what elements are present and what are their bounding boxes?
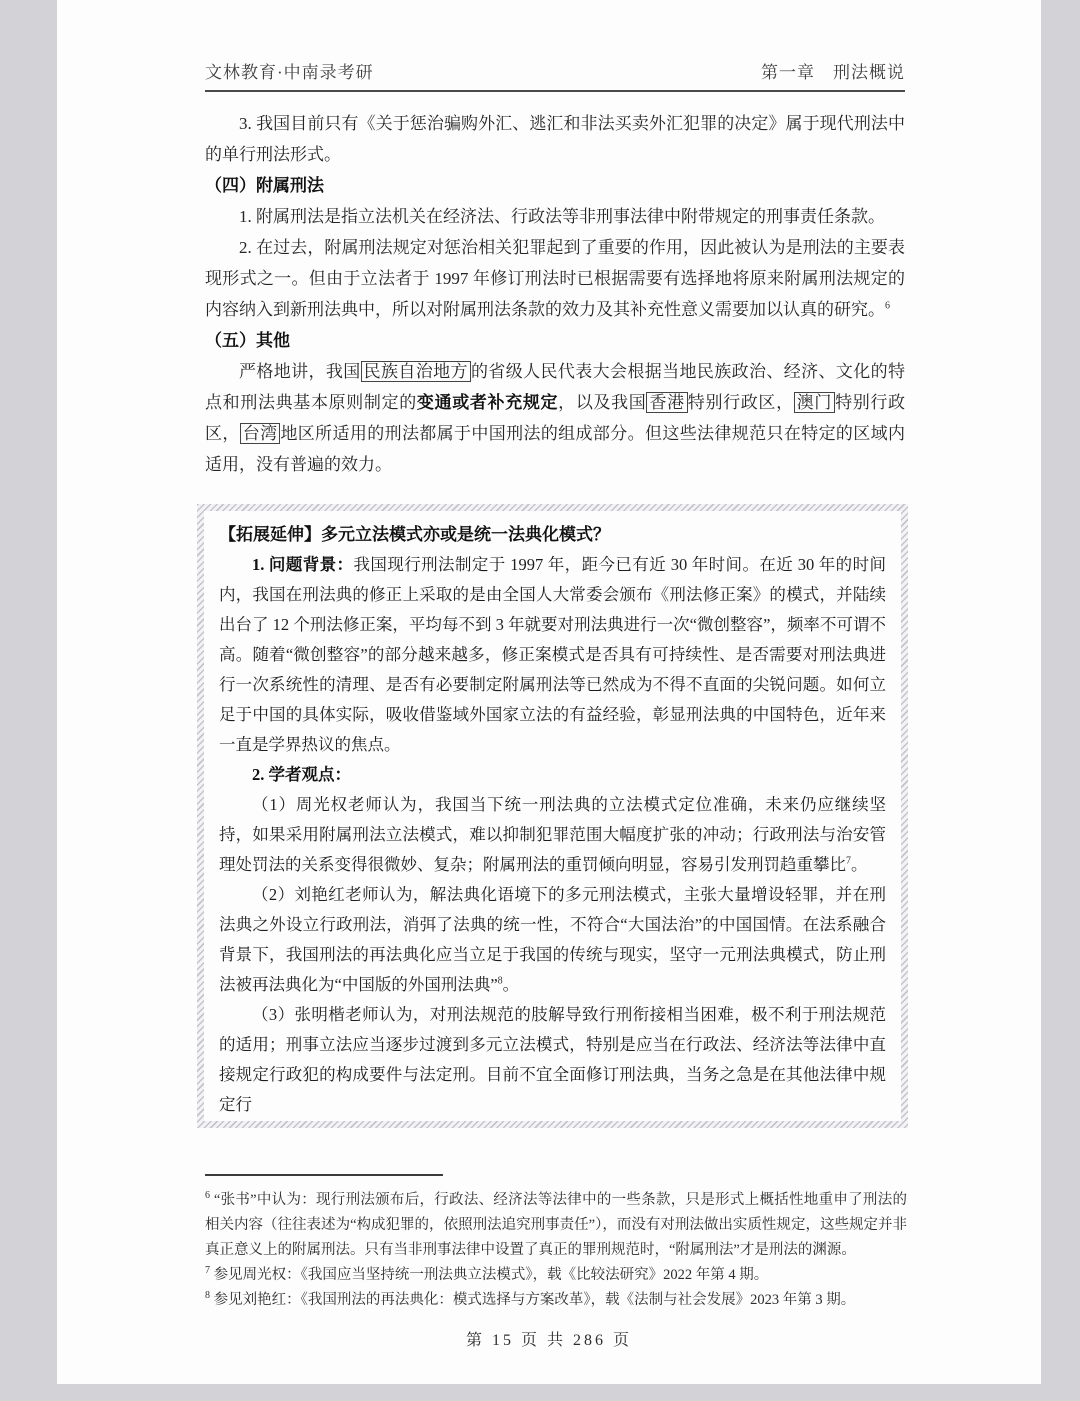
body-content: 3. 我国目前只有《关于惩治骗购外汇、逃汇和非法买卖外汇犯罪的决定》属于现代刑法… [205, 108, 905, 480]
problem-background-label: 1. 问题背景： [252, 555, 353, 574]
keyword-box-taiwan: 台湾 [240, 423, 281, 444]
problem-background-paragraph: 1. 问题背景：我国现行刑法制定于 1997 年，距今已有近 30 年时间。在近… [219, 550, 886, 760]
other-seg6: 地区所适用的刑法都属于中国刑法的组成部分。但这些法律规范只在特定的区域内适用，没… [205, 424, 905, 474]
appendant-definition-paragraph: 1. 附属刑法是指立法机关在经济法、行政法等非刑事法律中附带规定的刑事责任条款。 [205, 201, 905, 232]
footnote-7: 7 参见周光权：《我国应当坚持统一刑法典立法模式》，载《比较法研究》2022 年… [205, 1263, 907, 1288]
other-seg1: 严格地讲，我国 [239, 362, 361, 381]
footnote-separator [205, 1174, 443, 1176]
keyword-box-hongkong: 香港 [646, 392, 687, 413]
paragraph-single-criminal-law: 3. 我国目前只有《关于惩治骗购外汇、逃汇和非法买卖外汇犯罪的决定》属于现代刑法… [205, 108, 905, 170]
scholar-view-2-text: （2）刘艳红老师认为，解法典化语境下的多元刑法模式，主张大量增设轻罪，并在刑法典… [219, 885, 886, 994]
problem-background-text: 我国现行刑法制定于 1997 年，距今已有近 30 年时间。在近 30 年的时间… [219, 555, 886, 754]
section-title-other: （五）其他 [205, 325, 905, 356]
scholar-view-1-text: （1）周光权老师认为，我国当下统一刑法典的立法模式定位准确，未来仍应继续坚持，如… [219, 795, 886, 874]
section-title-appendant-criminal-law: （四）附属刑法 [205, 170, 905, 201]
page-header: 文林教育·中南录考研 第一章 刑法概说 [205, 58, 905, 92]
extension-box: 【拓展延伸】多元立法模式亦或是统一法典化模式？ 1. 问题背景：我国现行刑法制定… [197, 504, 908, 1128]
appendant-history-paragraph: 2. 在过去，附属刑法规定对惩治相关犯罪起到了重要的作用，因此被认为是刑法的主要… [205, 232, 905, 325]
footnotes-block: 6 “张书”中认为：现行刑法颁布后，行政法、经济法等法律中的一些条款，只是形式上… [205, 1188, 907, 1313]
footnote-6: 6 “张书”中认为：现行刑法颁布后，行政法、经济法等法律中的一些条款，只是形式上… [205, 1188, 907, 1263]
other-paragraph: 严格地讲，我国民族自治地方的省级人民代表大会根据当地民族政治、经济、文化的特点和… [205, 356, 905, 480]
keyword-box-macau: 澳门 [794, 392, 835, 413]
extension-box-title: 【拓展延伸】多元立法模式亦或是统一法典化模式？ [219, 520, 886, 550]
footnote-8: 8 参见刘艳红：《我国刑法的再法典化：模式选择与方案改革》，载《法制与社会发展》… [205, 1288, 907, 1313]
scholar-view-2-end: 。 [503, 975, 520, 994]
document-page: 文林教育·中南录考研 第一章 刑法概说 3. 我国目前只有《关于惩治骗购外汇、逃… [57, 0, 1041, 1384]
scholar-view-3: （3）张明楷老师认为，对刑法规范的肢解导致行刑衔接相当困难，极不利于刑法规范的适… [219, 1000, 886, 1120]
header-chapter-title: 第一章 刑法概说 [761, 58, 905, 83]
extension-box-inner: 【拓展延伸】多元立法模式亦或是统一法典化模式？ 1. 问题背景：我国现行刑法制定… [204, 511, 901, 1121]
footnote-8-text: 参见刘艳红：《我国刑法的再法典化：模式选择与方案改革》，载《法制与社会发展》20… [214, 1292, 856, 1308]
scholar-view-1-end: 。 [851, 855, 868, 874]
other-seg3: ，以及我国 [558, 393, 646, 412]
footnote-7-marker: 7 [205, 1265, 210, 1276]
page-number: 第 15 页 共 286 页 [57, 1327, 1041, 1350]
scholar-views-label: 2. 学者观点： [219, 760, 886, 790]
keyword-box-ethnic-autonomous-areas: 民族自治地方 [361, 361, 471, 382]
scholar-view-1: （1）周光权老师认为，我国当下统一刑法典的立法模式定位准确，未来仍应继续坚持，如… [219, 790, 886, 880]
footnote-6-text: “张书”中认为：现行刑法颁布后，行政法、经济法等法律中的一些条款，只是形式上概括… [205, 1192, 907, 1258]
scholar-view-2: （2）刘艳红老师认为，解法典化语境下的多元刑法模式，主张大量增设轻罪，并在刑法典… [219, 880, 886, 1000]
footnote-8-marker: 8 [205, 1290, 210, 1301]
other-seg4: 特别行政区， [688, 393, 794, 412]
footnote-7-text: 参见周光权：《我国应当坚持统一刑法典立法模式》，载《比较法研究》2022 年第 … [214, 1267, 769, 1283]
appendant-history-text: 2. 在过去，附属刑法规定对惩治相关犯罪起到了重要的作用，因此被认为是刑法的主要… [205, 238, 905, 319]
footnote-ref-6: 6 [885, 300, 890, 311]
bold-adaptive-supplementary-provisions: 变通或者补充规定 [417, 393, 558, 412]
header-brand: 文林教育·中南录考研 [205, 58, 374, 83]
footnote-6-marker: 6 [205, 1190, 210, 1201]
